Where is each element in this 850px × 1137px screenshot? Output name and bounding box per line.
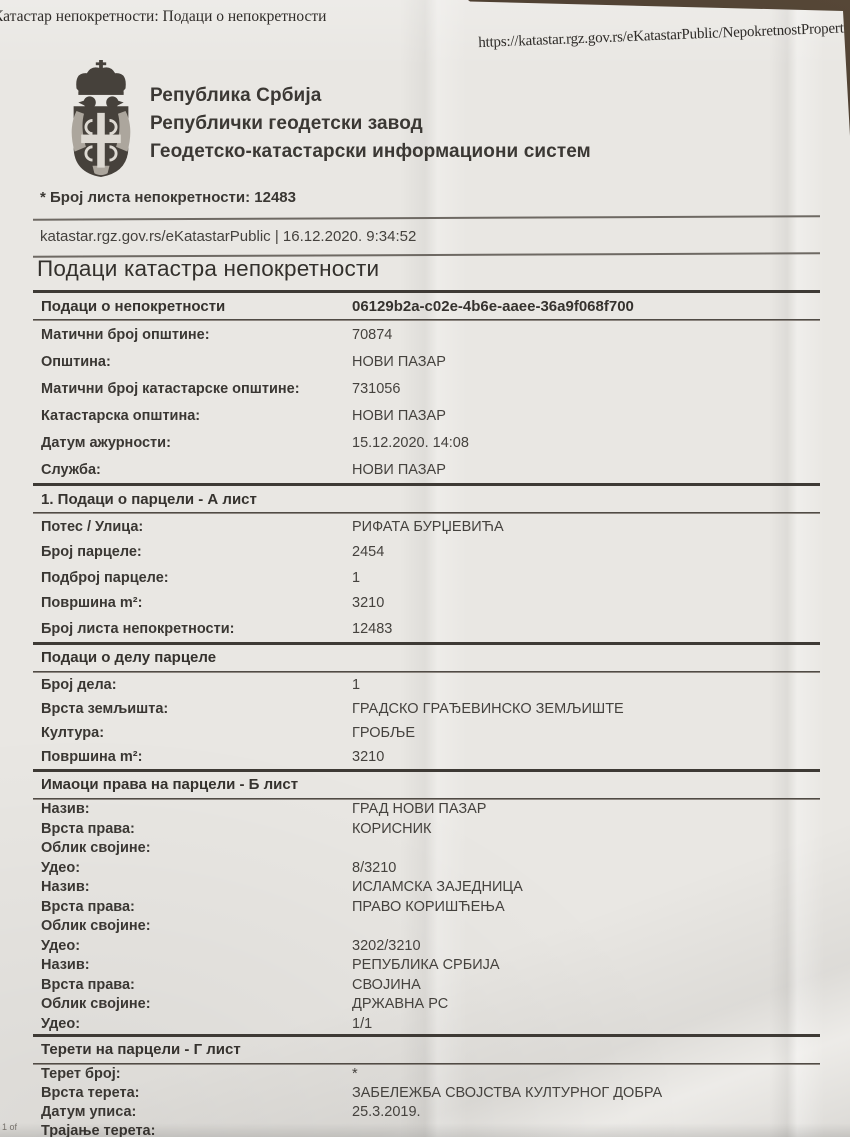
row-label: Врста земљишта: bbox=[41, 701, 352, 717]
section-header: Подаци о делу парцеле bbox=[33, 642, 820, 672]
section-title: 1. Подаци о парцели - А лист bbox=[41, 491, 352, 508]
row-label: Облик својине: bbox=[41, 840, 352, 856]
row-label: Назив: bbox=[41, 879, 352, 895]
table-row: Врста права:ПРАВО КОРИШЋЕЊА bbox=[33, 897, 820, 917]
row-value: 1/1 bbox=[352, 1016, 820, 1032]
section: Имаоци права на парцели - Б листНазив:ГР… bbox=[33, 769, 820, 1034]
row-value: ДРЖАВНА РС bbox=[352, 996, 820, 1012]
org-name-line-3: Геодетско-катастарски информациони систе… bbox=[150, 138, 591, 166]
row-label: Назив: bbox=[41, 957, 352, 973]
row-value: ГРАДСКО ГРАЂЕВИНСКО ЗЕМЉИШТЕ bbox=[352, 701, 820, 717]
table-row: Врста права:СВОЈИНА bbox=[33, 975, 820, 995]
row-label: Врста права: bbox=[41, 821, 352, 837]
table-row: Подброј парцеле:1 bbox=[33, 565, 820, 591]
section-header: Терети на парцели - Г лист bbox=[33, 1034, 820, 1064]
row-label: Облик својине: bbox=[41, 918, 352, 934]
table-row: Површина m²:3210 bbox=[33, 745, 820, 769]
row-value: ГРАД НОВИ ПАЗАР bbox=[352, 801, 820, 817]
section-header: Имаоци права на парцели - Б лист bbox=[33, 769, 820, 799]
table-row: Врста права:КОРИСНИК bbox=[33, 819, 820, 839]
row-label: Терет број: bbox=[41, 1066, 352, 1082]
row-value: РИФАТА БУРЏЕВИЋА bbox=[352, 519, 820, 535]
section: 1. Подаци о парцели - А листПотес / Улиц… bbox=[33, 483, 820, 642]
table-row: Трајање терета: bbox=[33, 1122, 820, 1137]
row-label: Врста права: bbox=[41, 899, 352, 915]
row-value: ЗАБЕЛЕЖБА СВОЈСТВА КУЛТУРНОГ ДОБРА bbox=[352, 1085, 820, 1101]
row-label: Подброј парцеле: bbox=[41, 570, 352, 586]
row-value: ГРОБЉЕ bbox=[352, 725, 820, 741]
row-value: 3202/3210 bbox=[352, 938, 820, 954]
row-value: 70874 bbox=[352, 327, 820, 343]
table-row: Датум ажурности:15.12.2020. 14:08 bbox=[33, 429, 820, 456]
section-header: Подаци о непокретности06129b2a-c02e-4b6e… bbox=[33, 290, 820, 320]
table-row: Број парцеле:2454 bbox=[33, 540, 820, 566]
table-row: Удео:1/1 bbox=[33, 1014, 820, 1034]
row-label: Општина: bbox=[41, 354, 352, 370]
row-value: 731056 bbox=[352, 381, 820, 397]
table-row: Потес / Улица:РИФАТА БУРЏЕВИЋА bbox=[33, 513, 820, 540]
table-row: Врста терета:ЗАБЕЛЕЖБА СВОЈСТВА КУЛТУРНО… bbox=[33, 1084, 820, 1103]
folio-number-line: * Број листа непокретности: 12483 bbox=[40, 189, 296, 206]
photographed-document: { "page": { "print_header": { "left": "К… bbox=[0, 0, 850, 1137]
row-value: РЕПУБЛИКА СРБИЈА bbox=[352, 957, 820, 973]
print-header-title: Катастар непокретности: Подаци о непокре… bbox=[0, 8, 326, 26]
table-row: Катастарска општина:НОВИ ПАЗАР bbox=[33, 402, 820, 429]
table-row: Матични број катастарске општине:731056 bbox=[33, 375, 820, 402]
row-label: Матични број катастарске општине: bbox=[41, 381, 352, 397]
page-title: Подаци катастра непокретности bbox=[37, 256, 379, 282]
table-row: Удео:8/3210 bbox=[33, 858, 820, 878]
row-label: Служба: bbox=[41, 462, 352, 478]
source-timestamp-line: katastar.rgz.gov.rs/eKatastarPublic | 16… bbox=[40, 228, 416, 245]
table-row: Назив:ГРАД НОВИ ПАЗАР bbox=[33, 799, 820, 820]
org-name-line-1: Република Србија bbox=[150, 82, 591, 110]
row-label: Датум уписа: bbox=[41, 1104, 352, 1120]
row-value: ИСЛАМСКА ЗАЈЕДНИЦА bbox=[352, 879, 820, 895]
section-header: 1. Подаци о парцели - А лист bbox=[33, 483, 820, 513]
row-label: Врста терета: bbox=[41, 1085, 352, 1101]
row-label: Врста права: bbox=[41, 977, 352, 993]
section-title: Терети на парцели - Г лист bbox=[41, 1041, 352, 1058]
row-value: ПРАВО КОРИШЋЕЊА bbox=[352, 899, 820, 915]
row-label: Удео: bbox=[41, 938, 352, 954]
row-value: НОВИ ПАЗАР bbox=[352, 408, 820, 424]
row-value: 8/3210 bbox=[352, 860, 820, 876]
row-label: Назив: bbox=[41, 801, 352, 817]
table-row: Општина:НОВИ ПАЗАР bbox=[33, 348, 820, 375]
row-value: * bbox=[352, 1066, 820, 1082]
table-row: Облик својине:ДРЖАВНА РС bbox=[33, 995, 820, 1015]
row-value: НОВИ ПАЗАР bbox=[352, 462, 820, 478]
row-value: СВОЈИНА bbox=[352, 977, 820, 993]
row-label: Култура: bbox=[41, 725, 352, 741]
table-row: Облик својине: bbox=[33, 917, 820, 937]
row-label: Трајање терета: bbox=[41, 1123, 352, 1137]
table-row: Облик својине: bbox=[33, 839, 820, 859]
table-row: Терет број:* bbox=[33, 1064, 820, 1084]
table-row: Врста земљишта:ГРАДСКО ГРАЂЕВИНСКО ЗЕМЉИ… bbox=[33, 697, 820, 721]
row-value: НОВИ ПАЗАР bbox=[352, 354, 820, 370]
org-header: Република Србија Републички геодетски за… bbox=[150, 82, 591, 166]
section-title: Имаоци права на парцели - Б лист bbox=[41, 776, 352, 793]
row-label: Број дела: bbox=[41, 677, 352, 693]
table-row: Матични број општине:70874 bbox=[33, 320, 820, 348]
row-value: 2454 bbox=[352, 544, 820, 560]
row-value: 3210 bbox=[352, 749, 820, 765]
print-footer-fragment: 1 of bbox=[2, 1122, 17, 1132]
row-label: Површина m²: bbox=[41, 595, 352, 611]
table-row: Датум уписа:25.3.2019. bbox=[33, 1103, 820, 1122]
row-label: Матични број општине: bbox=[41, 327, 352, 343]
table-row: Назив:ИСЛАМСКА ЗАЈЕДНИЦА bbox=[33, 878, 820, 898]
row-value: КОРИСНИК bbox=[352, 821, 820, 837]
section-title: Подаци о непокретности bbox=[41, 298, 352, 315]
row-label: Површина m²: bbox=[41, 749, 352, 765]
serbia-coat-of-arms-icon bbox=[58, 60, 144, 178]
row-value: 3210 bbox=[352, 595, 820, 611]
table-row: Служба:НОВИ ПАЗАР bbox=[33, 456, 820, 483]
row-label: Датум ажурности: bbox=[41, 435, 352, 451]
table-row: Назив:РЕПУБЛИКА СРБИЈА bbox=[33, 956, 820, 976]
row-value: 15.12.2020. 14:08 bbox=[352, 435, 820, 451]
table-row: Број листа непокретности:12483 bbox=[33, 616, 820, 642]
row-label: Потес / Улица: bbox=[41, 519, 352, 535]
table-row: Број дела:1 bbox=[33, 672, 820, 697]
sections: Подаци о непокретности06129b2a-c02e-4b6e… bbox=[33, 290, 820, 1137]
section-header-value: 06129b2a-c02e-4b6e-aaee-36a9f068f700 bbox=[352, 298, 820, 315]
table-row: Удео:3202/3210 bbox=[33, 936, 820, 956]
section-title: Подаци о делу парцеле bbox=[41, 649, 352, 666]
org-name-line-2: Републички геодетски завод bbox=[150, 110, 591, 138]
row-value: 1 bbox=[352, 677, 820, 693]
row-label: Број парцеле: bbox=[41, 544, 352, 560]
row-value: 25.3.2019. bbox=[352, 1104, 820, 1120]
section: Подаци о непокретности06129b2a-c02e-4b6e… bbox=[33, 290, 820, 483]
row-label: Катастарска општина: bbox=[41, 408, 352, 424]
row-label: Удео: bbox=[41, 1016, 352, 1032]
row-label: Удео: bbox=[41, 860, 352, 876]
table-row: Култура:ГРОБЉЕ bbox=[33, 721, 820, 745]
table-row: Површина m²:3210 bbox=[33, 591, 820, 617]
row-label: Облик својине: bbox=[41, 996, 352, 1012]
row-label: Број листа непокретности: bbox=[41, 621, 352, 637]
row-value: 1 bbox=[352, 570, 820, 586]
section: Подаци о делу парцелеБрој дела:1Врста зе… bbox=[33, 642, 820, 769]
row-value: 12483 bbox=[352, 621, 820, 637]
section: Терети на парцели - Г листТерет број:*Вр… bbox=[33, 1034, 820, 1137]
